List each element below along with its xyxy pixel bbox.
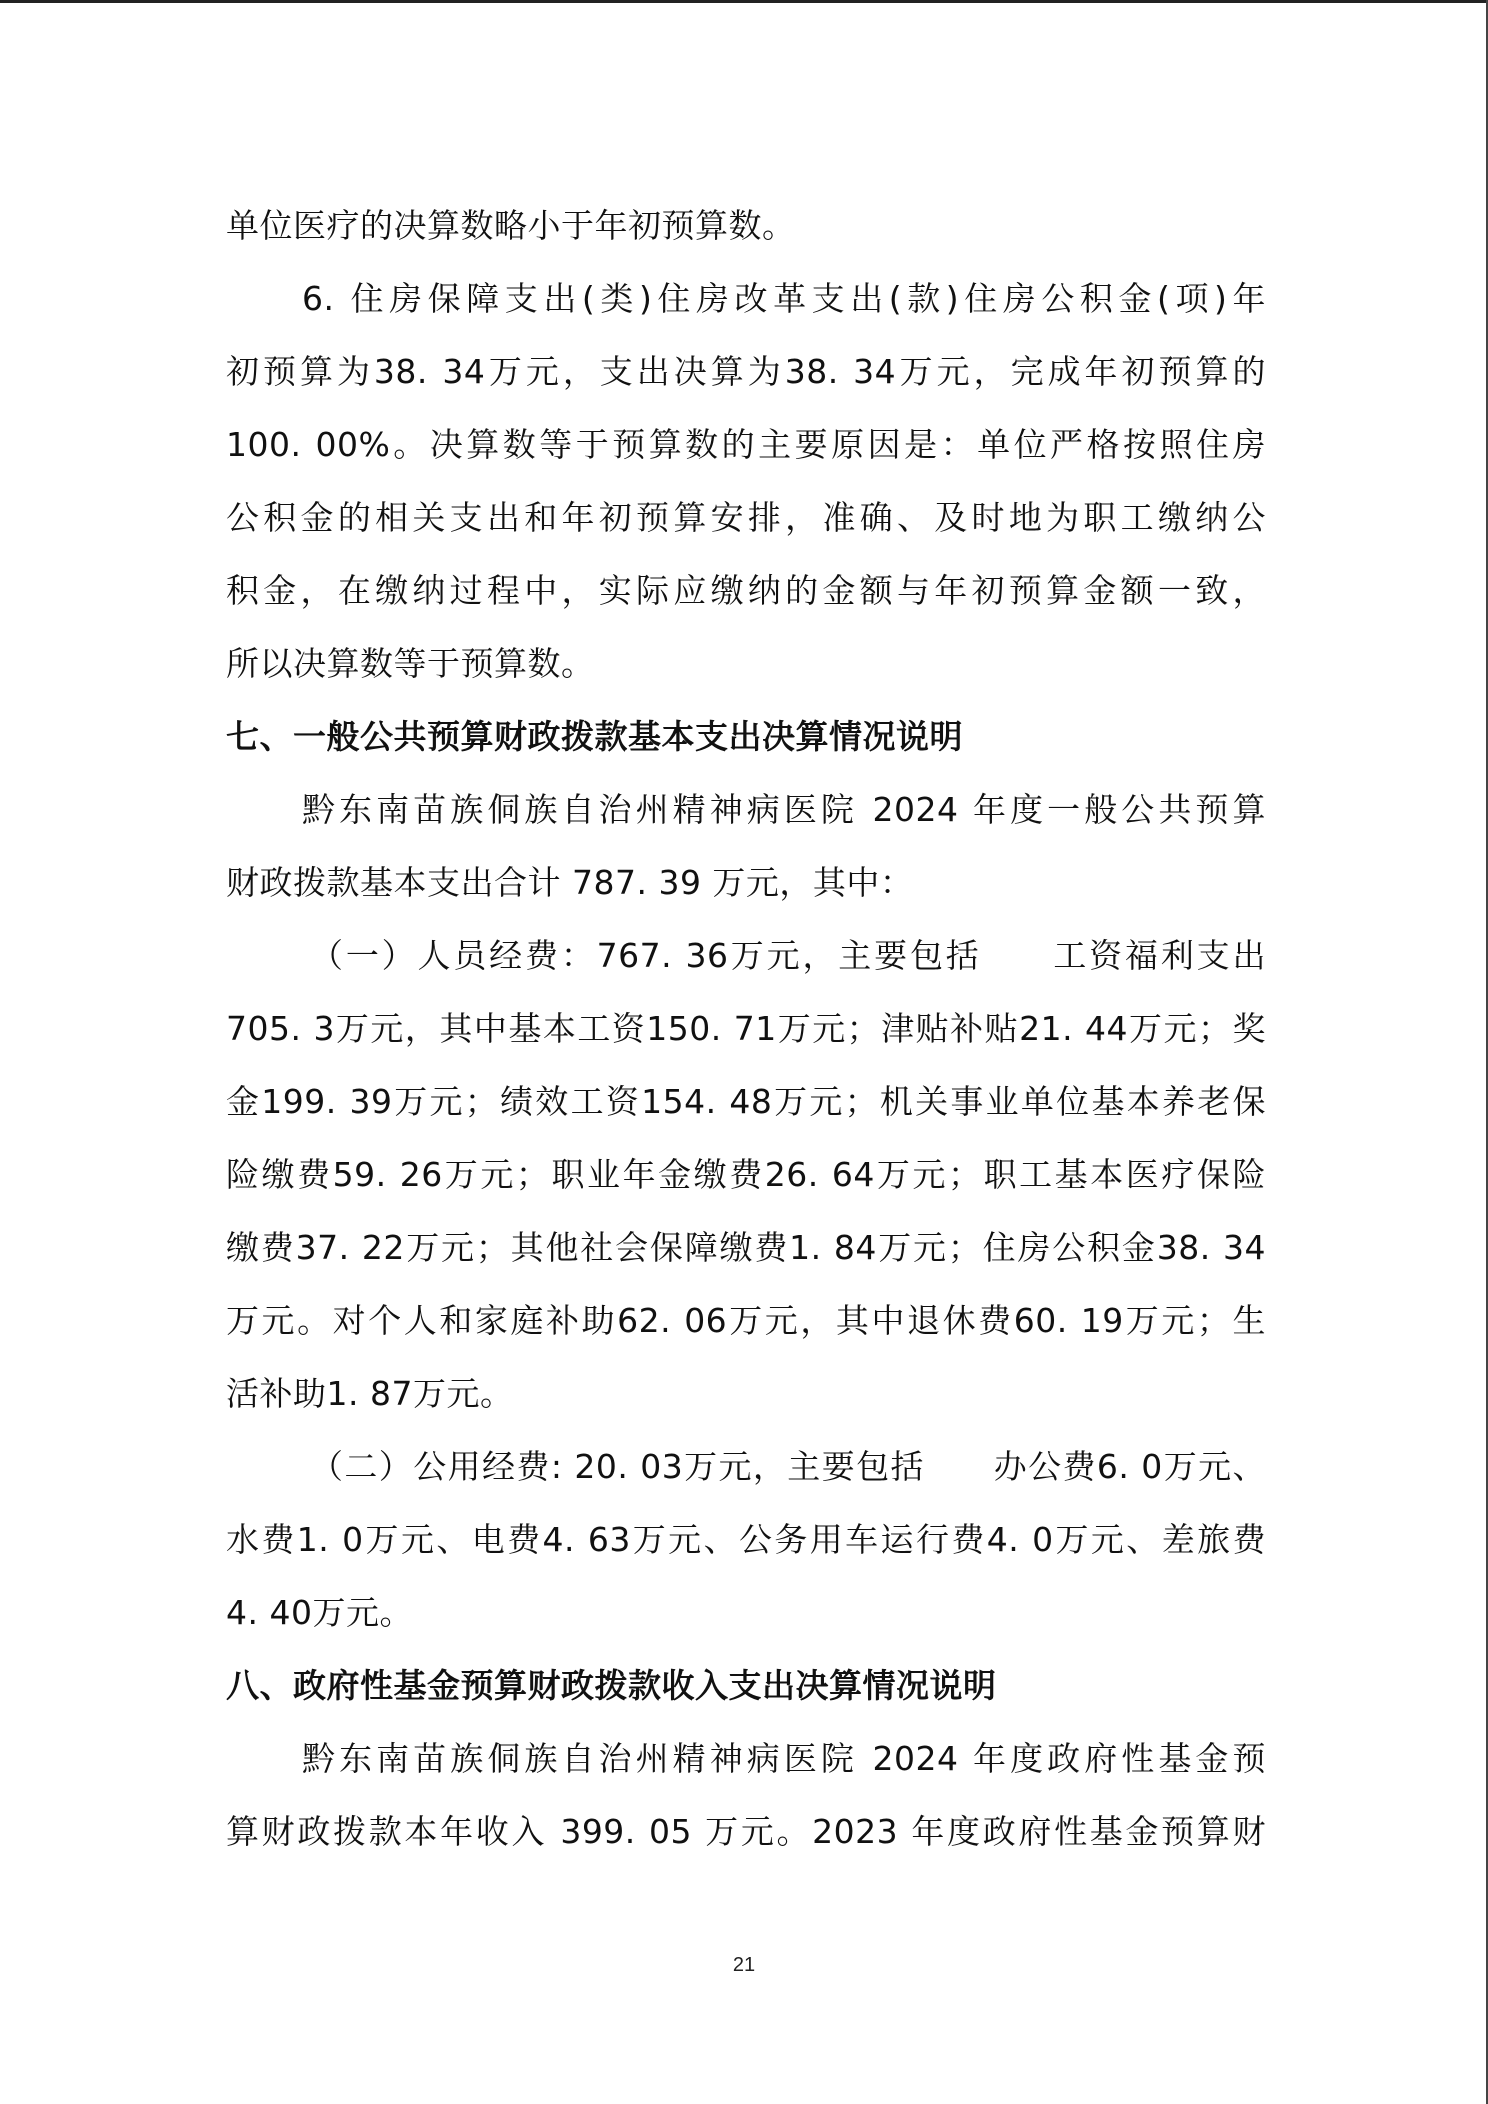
section-heading: 七、一般公共预算财政拨款基本支出决算情况说明	[226, 717, 963, 757]
paragraph-line: （一）人员经费：767. 36万元，主要包括 工资福利支出	[310, 936, 1266, 976]
paragraph-line: 金199. 39万元；绩效工资154. 48万元；机关事业单位基本养老保	[226, 1082, 1266, 1122]
paragraph-line: 算财政拨款本年收入 399. 05 万元。2023 年度政府性基金预算财	[226, 1812, 1266, 1852]
paragraph-line: 黔东南苗族侗族自治州精神病医院 2024 年度政府性基金预	[302, 1739, 1266, 1779]
paragraph-line: 4. 40万元。	[226, 1593, 413, 1633]
paragraph-line: 财政拨款基本支出合计 787. 39 万元，其中：	[226, 863, 913, 903]
paragraph-line: （二）公用经费: 20. 03万元，主要包括 办公费6. 0万元、	[310, 1447, 1266, 1487]
paragraph-line: 积金，在缴纳过程中，实际应缴纳的金额与年初预算金额一致，	[226, 571, 1266, 611]
paragraph-line: 初预算为38. 34万元，支出决算为38. 34万元，完成年初预算的	[226, 352, 1266, 392]
top-border	[0, 0, 1488, 3]
paragraph-line: 公积金的相关支出和年初预算安排，准确、及时地为职工缴纳公	[226, 498, 1266, 538]
paragraph-line: 100. 00%。决算数等于预算数的主要原因是：单位严格按照住房	[226, 425, 1266, 465]
paragraph-line: 万元。对个人和家庭补助62. 06万元，其中退休费60. 19万元；生	[226, 1301, 1266, 1341]
paragraph-line: 险缴费59. 26万元；职业年金缴费26. 64万元；职工基本医疗保险	[226, 1155, 1266, 1195]
paragraph-line: 水费1. 0万元、电费4. 63万元、公务用车运行费4. 0万元、差旅费	[226, 1520, 1266, 1560]
paragraph-line: 705. 3万元，其中基本工资150. 71万元；津贴补贴21. 44万元；奖	[226, 1009, 1266, 1049]
paragraph-line: 黔东南苗族侗族自治州精神病医院 2024 年度一般公共预算	[302, 790, 1266, 830]
paragraph-line: 活补助1. 87万元。	[226, 1374, 513, 1414]
section-heading: 八、政府性基金预算财政拨款收入支出决算情况说明	[226, 1666, 997, 1706]
page-number: 21	[0, 1954, 1488, 1977]
paragraph-line: 6. 住房保障支出(类)住房改革支出(款)住房公积金(项)年	[302, 279, 1266, 319]
paragraph-line: 缴费37. 22万元；其他社会保障缴费1. 84万元；住房公积金38. 34	[226, 1228, 1266, 1268]
paragraph-line: 所以决算数等于预算数。	[226, 644, 595, 684]
paragraph-line: 单位医疗的决算数略小于年初预算数。	[226, 206, 796, 246]
